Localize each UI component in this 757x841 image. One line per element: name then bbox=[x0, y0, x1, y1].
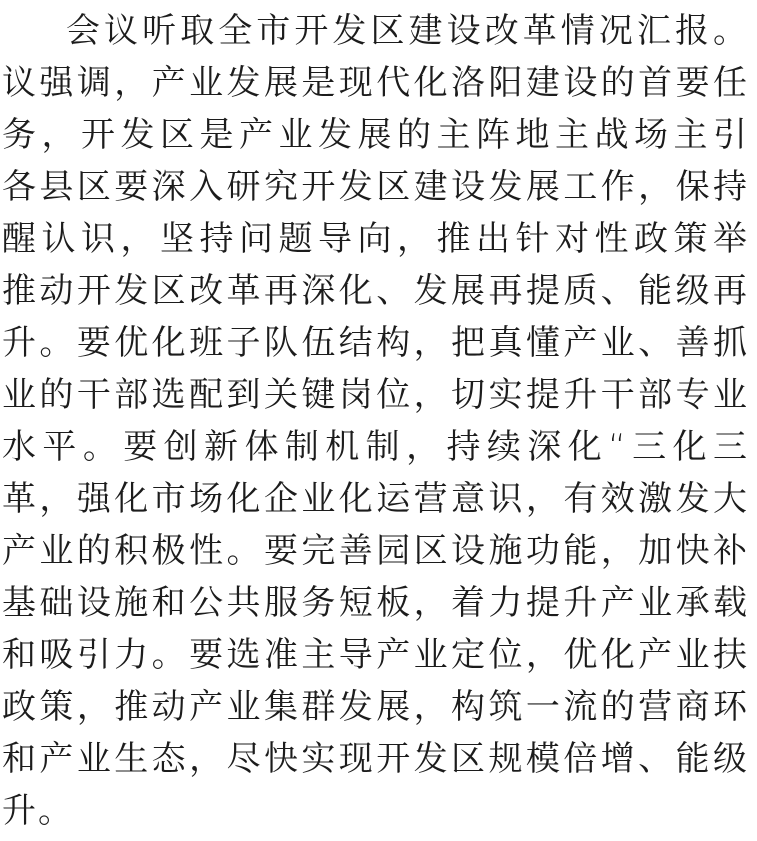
text-line: 推动开发区改革再深化、发展再提质、能级再提 bbox=[2, 265, 749, 317]
text-line: 升。要优化班子队伍结构，把真懂产业、善抓产 bbox=[2, 317, 749, 369]
text-line: 业的干部选配到关键岗位，切实提升干部专业化 bbox=[2, 369, 749, 421]
text-line: 和吸引力。要选准主导产业定位，优化产业扶持 bbox=[2, 629, 749, 681]
text-line: 水平。要创新体制机制，持续深化“三化三制”改 bbox=[2, 421, 749, 473]
text-line: 醒认识，坚持问题导向，推出针对性政策举措， bbox=[2, 213, 749, 265]
text-line: 会议听取全市开发区建设改革情况汇报。会 bbox=[2, 5, 749, 57]
text-line: 政策，推动产业集群发展，构筑一流的营商环境 bbox=[2, 681, 749, 733]
article-body: 会议听取全市开发区建设改革情况汇报。会议强调，产业发展是现代化洛阳建设的首要任务… bbox=[0, 0, 757, 837]
text-line: 革，强化市场化企业化运营意识，有效激发大抓 bbox=[2, 473, 749, 525]
text-line: 基础设施和公共服务短板，着力提升产业承载力 bbox=[2, 577, 749, 629]
text-line: 各县区要深入研究开发区建设发展工作，保持清 bbox=[2, 161, 749, 213]
text-line: 议强调，产业发展是现代化洛阳建设的首要任 bbox=[2, 57, 749, 109]
text-line: 升。 bbox=[2, 785, 749, 837]
text-line: 产业的积极性。要完善园区设施功能，加快补齐 bbox=[2, 525, 749, 577]
article-page: 会议听取全市开发区建设改革情况汇报。会议强调，产业发展是现代化洛阳建设的首要任务… bbox=[0, 0, 757, 837]
text-line: 和产业生态，尽快实现开发区规模倍增、能级提 bbox=[2, 733, 749, 785]
text-line: 务，开发区是产业发展的主阵地主战场主引擎。 bbox=[2, 109, 749, 161]
